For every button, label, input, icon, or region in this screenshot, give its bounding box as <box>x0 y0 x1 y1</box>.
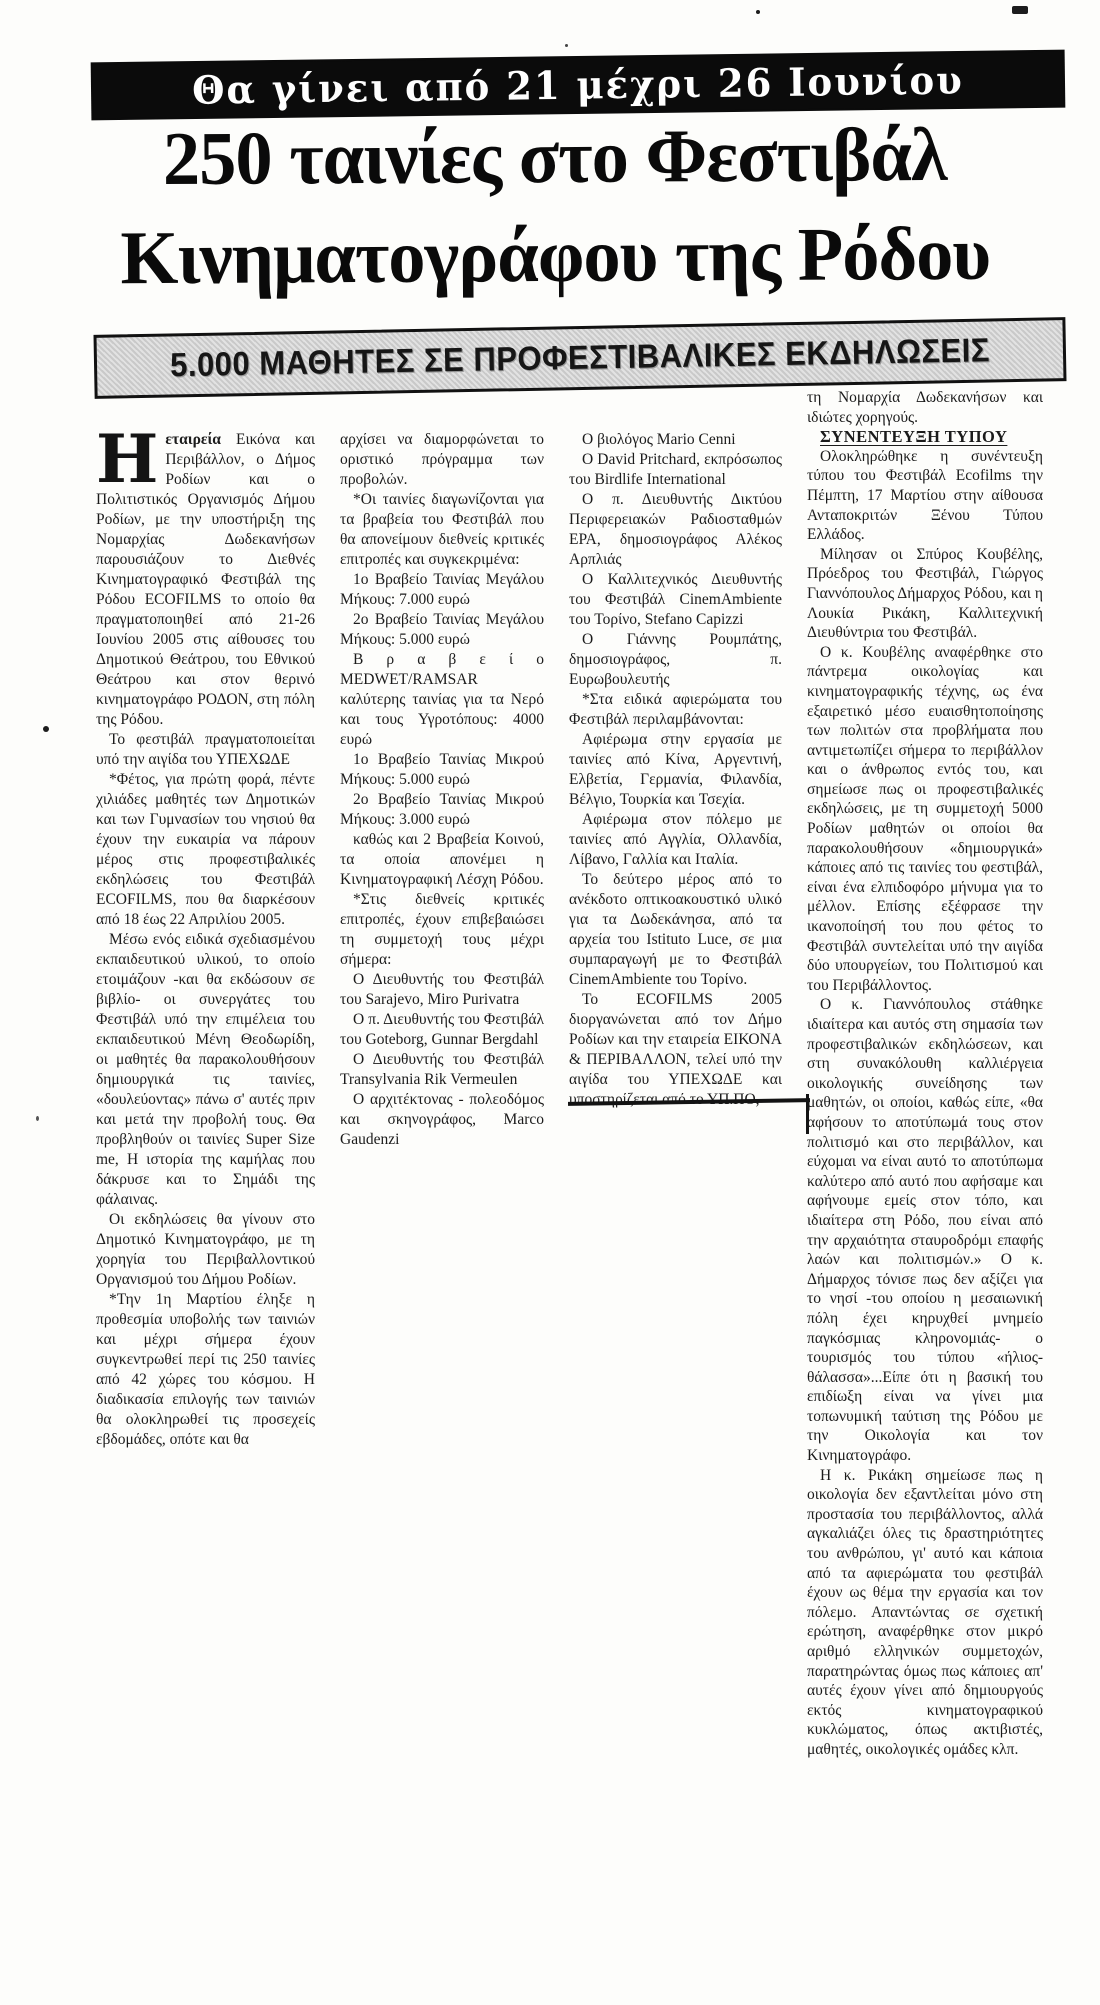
paragraph: Ο π. Διευθυντής Δικτύου Περιφερειακών Ρα… <box>569 490 782 570</box>
paragraph: 1ο Βραβείο Ταινίας Μικρού Μήκους: 5.000 … <box>340 750 544 790</box>
paragraph: Ο Γιάννης Ρουμπάτης, δημοσιογράφος, π. Ε… <box>569 630 782 690</box>
paragraph: Ο κ. Κουβέλης αναφέρθηκε στο πάντρεμα οι… <box>807 643 1043 996</box>
paragraph: Ο αρχιτέκτονας - πολεοδόμος και σκηνογρά… <box>340 1090 544 1150</box>
article-body: Ηεταιρεία Εικόνα και Περιβάλλον, ο Δήμος… <box>96 430 1044 1802</box>
paragraph: Ο κ. Γιαννόπουλος στάθηκε ιδιαίτερα και … <box>807 995 1043 1465</box>
headline: 250 ταινίες στο Φεστιβάλ Κινηματογράφου … <box>59 105 1050 308</box>
article-column-3: Ο βιολόγος Mario Cenni Ο David Pritchard… <box>569 430 782 1802</box>
paragraph: Ολοκληρώθηκε η συνέντευξη τύπου του Φεστ… <box>807 447 1043 545</box>
paragraph: 2ο Βραβείο Ταινίας Μικρού Μήκους: 3.000 … <box>340 790 544 830</box>
paragraph: Ο David Pritchard, εκπρόσωπος του Birdli… <box>569 450 782 490</box>
scan-speck <box>756 10 760 14</box>
headline-line1: 250 ταινίες στο Φεστιβάλ <box>69 105 1040 209</box>
paragraph: Ο Διευθυντής του Φεστιβάλ Transylvania R… <box>340 1050 544 1090</box>
paragraph: Οι εκδηλώσεις θα γίνουν στο Δημοτικό Κιν… <box>96 1210 315 1290</box>
paragraph: Ο π. Διευθυντής του Φεστιβάλ του Gotebor… <box>340 1010 544 1050</box>
paragraph: Ηεταιρεία Εικόνα και Περιβάλλον, ο Δήμος… <box>96 430 315 730</box>
paragraph: *Στα ειδικά αφιερώματα του Φεστιβάλ περι… <box>569 690 782 730</box>
article-column-1: Ηεταιρεία Εικόνα και Περιβάλλον, ο Δήμος… <box>96 430 315 1802</box>
paragraph: *Στις διεθνείς κριτικές επιτροπές, έχουν… <box>340 890 544 970</box>
paragraph: Β ρ α β ε ί ο MEDWET/RAMSAR καλύτερης τα… <box>340 650 544 750</box>
paragraph: Μίλησαν οι Σπύρος Κουβέλης, Πρόεδρος του… <box>807 545 1043 643</box>
paragraph: Η κ. Ρικάκη σημείωσε πως η οικολογία δεν… <box>807 1466 1043 1760</box>
scan-speck <box>36 1116 39 1121</box>
paragraph: αρχίσει να διαμορφώνεται το οριστικό πρό… <box>340 430 544 490</box>
headline-line2: Κινηματογράφου της Ρόδου <box>70 204 1041 308</box>
article-column-2: αρχίσει να διαμορφώνεται το οριστικό πρό… <box>340 430 544 1802</box>
kicker-text: Θα γίνει από 21 μέχρι 26 Ιουνίου <box>192 57 964 113</box>
paragraph: *Φέτος, για πρώτη φορά, πέντε χιλιάδες μ… <box>96 770 315 930</box>
lead-word: εταιρεία <box>165 431 236 448</box>
subheadline-banner: 5.000 ΜΑΘΗΤΕΣ ΣΕ ΠΡΟΦΕΣΤΙΒΑΛΙΚΕΣ ΕΚΔΗΛΩΣ… <box>93 317 1066 399</box>
paragraph: Αφιέρωμα στην εργασία με ταινίες από Κίν… <box>569 730 782 810</box>
paragraph: 1ο Βραβείο Ταινίας Μεγάλου Μήκους: 7.000… <box>340 570 544 610</box>
paragraph: Μέσω ενός ειδικά σχεδιασμένου εκπαιδευτι… <box>96 930 315 1210</box>
paragraph: Ο Καλλιτεχνικός Διευθυντής του Φεστιβάλ … <box>569 570 782 630</box>
article-column-4: τη Νομαρχία Δωδεκανήσων και ιδιώτες χορη… <box>807 388 1043 1760</box>
paragraph: *Την 1η Μαρτίου έληξε η προθεσμία υποβολ… <box>96 1290 315 1450</box>
paragraph: Ο βιολόγος Mario Cenni <box>569 430 782 450</box>
press-conference-heading: ΣΥΝΕΝΤΕΥΞΗ ΤΥΠΟΥ <box>807 427 1043 447</box>
newspaper-clipping: Θα γίνει από 21 μέχρι 26 Ιουνίου 250 ται… <box>0 0 1100 2005</box>
scan-speck <box>565 44 568 47</box>
subheadline-text: 5.000 ΜΑΘΗΤΕΣ ΣΕ ΠΡΟΦΕΣΤΙΒΑΛΙΚΕΣ ΕΚΔΗΛΩΣ… <box>170 331 990 385</box>
paragraph: Το δεύτερο μέρος από το ανέκδοτο οπτικοα… <box>569 870 782 990</box>
separator-rule-vertical <box>806 1094 809 1134</box>
paragraph: Το φεστιβάλ πραγματοποιείται υπό την αιγ… <box>96 730 315 770</box>
scan-speck <box>43 726 49 732</box>
paragraph: καθώς και 2 Βραβεία Κοινού, τα οποία απο… <box>340 830 544 890</box>
paragraph: Αφιέρωμα στον πόλεμο με ταινίες από Αγγλ… <box>569 810 782 870</box>
paragraph: Το ECOFILMS 2005 διοργανώνεται από τον Δ… <box>569 990 782 1110</box>
paragraph: 2ο Βραβείο Ταινίας Μεγάλου Μήκους: 5.000… <box>340 610 544 650</box>
paragraph: τη Νομαρχία Δωδεκανήσων και ιδιώτες χορη… <box>807 388 1043 427</box>
scan-speck <box>1012 6 1028 14</box>
paragraph: *Οι ταινίες διαγωνίζονται για τα βραβεία… <box>340 490 544 570</box>
drop-cap: Η <box>96 430 165 486</box>
paragraph: Ο Διευθυντής του Φεστιβάλ του Sarajevo, … <box>340 970 544 1010</box>
